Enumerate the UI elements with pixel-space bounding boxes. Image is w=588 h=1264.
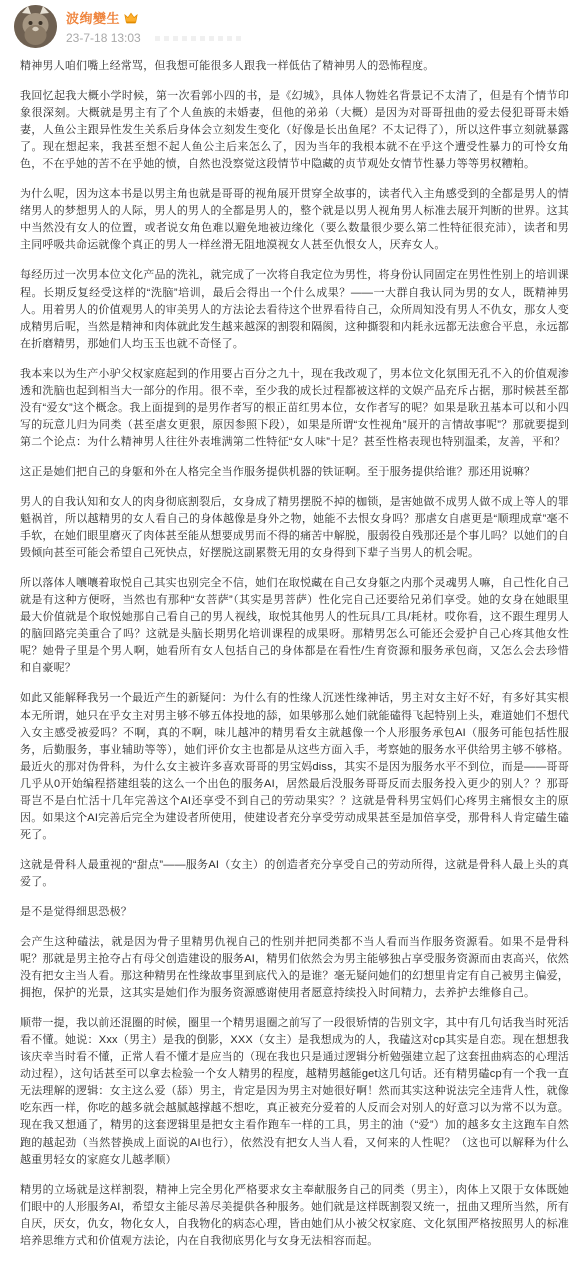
post-paragraph: 如此又能解释我另一个最近产生的新疑问：为什么有的性缘人沉迷性缘神话，男主对女主好… xyxy=(20,690,569,843)
username[interactable]: 波绚變生 xyxy=(66,8,120,27)
time-row: 23-7-18 13:03 xyxy=(66,31,243,45)
header-meta: 波绚變生 23-7-18 13:03 xyxy=(66,5,243,45)
post-paragraph: 为什么呢，因为这本书是以男主角也就是哥哥的视角展开贯穿全故事的，读者代入主角感受… xyxy=(20,186,569,254)
post-body: 精神男人咱们嘴上经常骂，但我想可能很多人跟我一样低估了精神男人的恐怖程度。我回忆… xyxy=(0,50,588,1264)
post-paragraph: 我本来以为生产小驴父权家庭起到的作用要占百分之九十，现在我改观了，男本位文化氛围… xyxy=(20,366,569,451)
post-paragraph: 精神男人咱们嘴上经常骂，但我想可能很多人跟我一样低估了精神男人的恐怖程度。 xyxy=(20,58,569,75)
post-paragraph: 所以落体人嚷嚷着取悦自己其实也别完全不信，她们在取悦藏在自己女身躯之内那个灵魂男… xyxy=(20,575,569,677)
avatar[interactable] xyxy=(14,5,57,48)
weibo-post: 波绚變生 23-7-18 13:03 精神男人咱们嘴上经常骂，但我想可能很多人跟… xyxy=(0,0,588,1264)
username-row: 波绚變生 xyxy=(66,8,243,27)
post-header: 波绚變生 23-7-18 13:03 xyxy=(0,0,588,50)
post-paragraph: 精男的立场就是这样割裂，精神上完全男化严格要求女主奉献服务自己的同类（男主），肉… xyxy=(20,1182,569,1250)
post-paragraph: 我回忆起我大概小学时候，第一次看郭小四的书，是《幻城》，具体人物姓名背景记不太清… xyxy=(20,88,569,173)
illegible-source-text xyxy=(155,36,243,41)
vip-crown-icon xyxy=(124,12,138,24)
post-paragraph: 会产生这种磕法，就是因为骨子里精男仇视自己的性别并把同类都不当人看而当作服务资源… xyxy=(20,934,569,1002)
post-paragraph: 是不是觉得细思恐极？ xyxy=(20,904,569,921)
post-paragraph: 顺带一提，我以前还混圈的时候，圈里一个精男退圈之前写了一段很矫情的告别文字，其中… xyxy=(20,1015,569,1168)
post-paragraph: 每经历过一次男本位文化产品的洗礼，就完成了一次将自我定位为男性，将身份认同固定在… xyxy=(20,267,569,352)
post-paragraph: 这就是骨科人最重视的“甜点”——服务AI（女主）的创造者充分享受自己的劳动所得，… xyxy=(20,857,569,891)
timestamp: 23-7-18 13:03 xyxy=(66,31,141,45)
post-paragraph: 男人的自我认知和女人的肉身彻底割裂后，女身成了精男摆脱不掉的枷锁，是害她做不成男… xyxy=(20,494,569,562)
post-paragraph: 这正是她们把自己的身躯和外在人格完全当作服务提供机器的铁证啊。至于服务提供给谁？… xyxy=(20,464,569,481)
avatar-image xyxy=(14,5,57,48)
